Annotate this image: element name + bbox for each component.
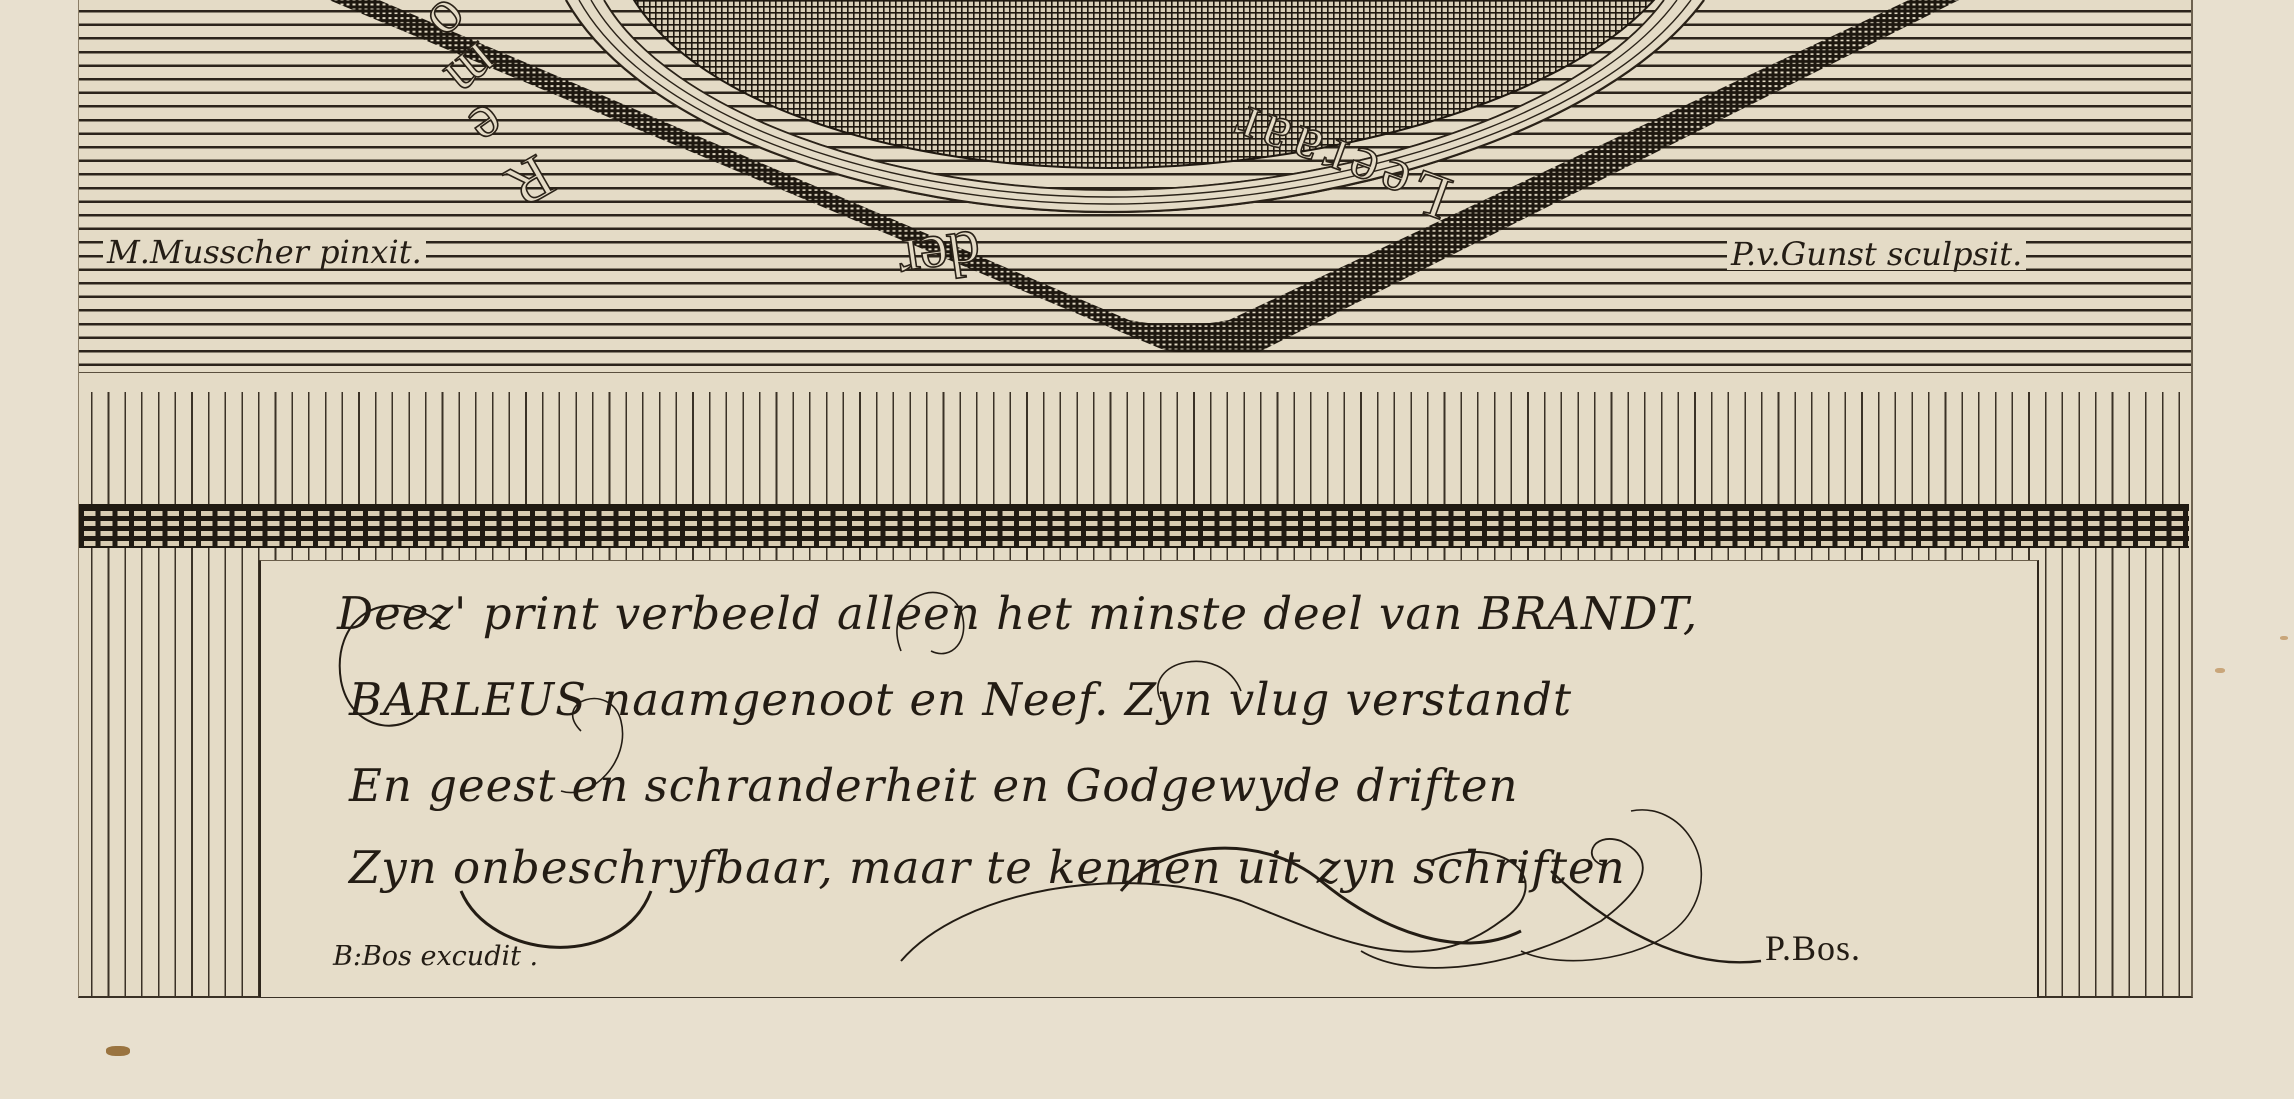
publisher-credit: B:Bos excudit . — [333, 941, 538, 972]
painter-credit: M.Musscher pinxit. — [103, 236, 426, 268]
ruled-frieze: Deez' print verbeeld alleen het minste d… — [91, 392, 2189, 996]
plate-divider — [79, 372, 2191, 373]
oval-inscription-der: der — [895, 220, 985, 295]
paper-stain — [106, 1046, 130, 1056]
verse-line-4: Zyn onbeschryfbaar, maar te kennen uit z… — [349, 845, 1626, 890]
oval-frame-and-hatching — [79, 0, 2191, 372]
verse-line-1: Deez' print verbeeld alleen het minste d… — [337, 591, 1698, 636]
engraver-credit: P.v.Gunst sculpsit. — [1727, 238, 2026, 270]
portrait-background-field: R e m o der Leeraar M.Musscher pinxit. P… — [79, 0, 2191, 372]
crosshatched-band — [79, 504, 2189, 548]
verse-panel: Deez' print verbeeld alleen het minste d… — [259, 560, 2039, 997]
paper-stain — [2280, 636, 2288, 640]
verse-author: P.Bos. — [1765, 927, 1861, 969]
engraving-plate: R e m o der Leeraar M.Musscher pinxit. P… — [78, 0, 2193, 998]
verse-line-2: BARLEUS naamgenoot en Neef. Zyn vlug ver… — [349, 677, 1572, 722]
verse-line-3: En geest en schranderheit en Godgewyde d… — [349, 763, 1518, 808]
paper-stain — [2215, 668, 2225, 673]
